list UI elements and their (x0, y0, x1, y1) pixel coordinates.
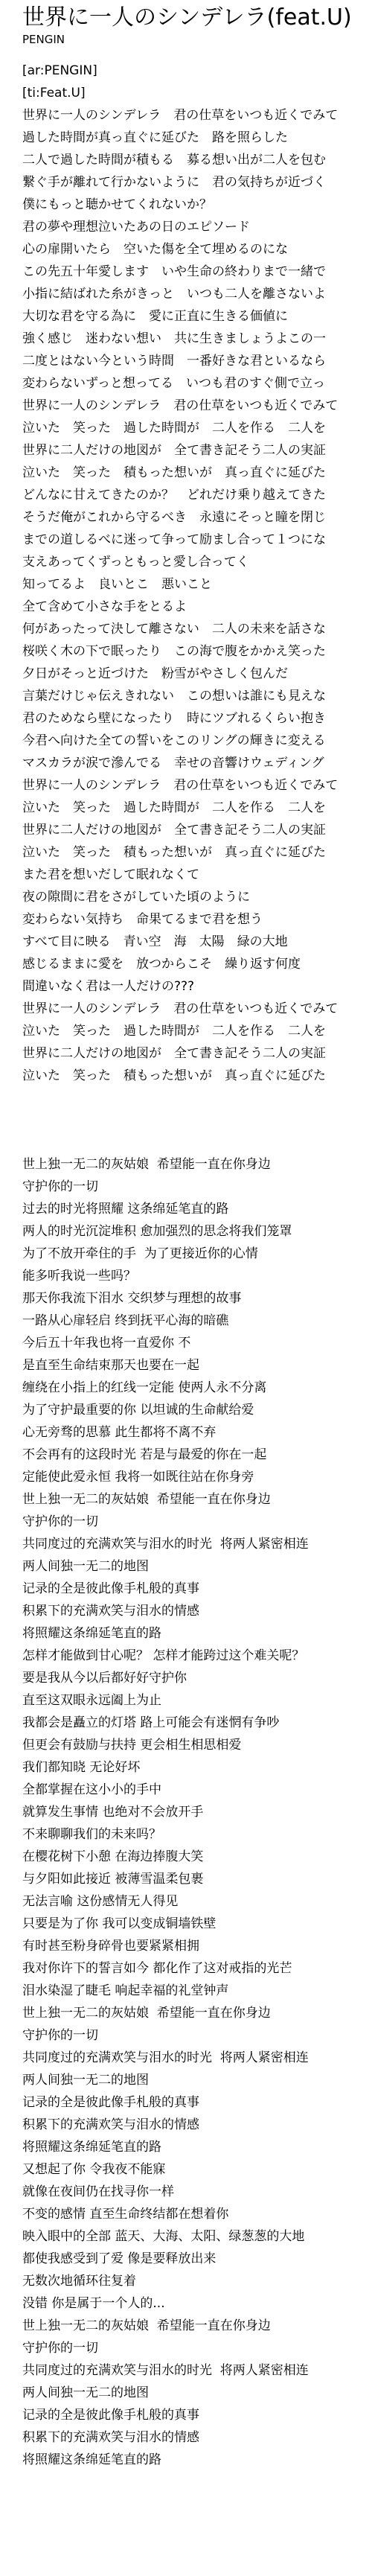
lyric-line-ja: 変わらない気持ち 命果てるまで君を想う (22, 908, 372, 931)
lyric-line-zh: 积累下的充满欢笑与泪水的情感 (22, 2114, 372, 2136)
lyric-line-ja: 小指に結ばれた糸がきっと いつも二人を離さないよ (22, 283, 372, 305)
lyric-line-ja: 世界に一人のシンデレラ 君の仕草をいつも近くでみて (22, 774, 372, 797)
lyric-line-ja: また君を想いだして眠れなくて (22, 864, 372, 886)
lyric-line-ja: 言葉だけじゃ伝えきれない この想いは誰にも見えな (22, 685, 372, 707)
lyric-line-zh: 那天你我流下泪水 交织梦与理想的故事 (22, 1287, 372, 1310)
lyric-line-ja: 今君へ向けた全ての誓いをこのリングの輝きに変える (22, 730, 372, 752)
lyric-line-zh: 将照耀这条绵延笔直的路 (22, 2449, 372, 2471)
lyric-line-ja: この先五十年愛します いや生命の終わりまで一緒で (22, 261, 372, 283)
lyric-line-zh: 世上独一无二的灰姑娘 希望能一直在你身边 (22, 1488, 372, 1511)
lyric-line-ja: 心の扉開いたら 空いた傷を全て埋めるのにな (22, 238, 372, 261)
meta-line: [ti:Feat.U] (22, 82, 372, 104)
lyric-line-zh: 不变的感情 直至生命终结都在想着你 (22, 2203, 372, 2225)
lyric-line-zh: 泪水染湿了睫毛 响起幸福的礼堂钟声 (22, 1980, 372, 2002)
lyric-line-zh: 积累下的充满欢笑与泪水的情感 (22, 2426, 372, 2449)
lyric-line-zh: 无法言喻 这份感情无人得见 (22, 1890, 372, 1913)
lyric-line-ja: 全て含めて小さな手をとるよ (22, 596, 372, 618)
lyric-line-zh: 全都掌握在这小小的手中 (22, 1779, 372, 1801)
lyrics-japanese: 世界に一人のシンデレラ 君の仕草をいつも近くでみて過した時間が真っ直ぐに延びた … (22, 104, 372, 1087)
meta-line: [ar:PENGIN] (22, 60, 372, 82)
lyric-line-ja: 泣いた 笑った 積もった想いが 真っ直ぐに延びた (22, 1065, 372, 1087)
lyric-line-ja: 泣いた 笑った 積もった想いが 真っ直ぐに延びた (22, 841, 372, 864)
artist-name: PENGIN (22, 31, 372, 48)
lyric-line-zh: 将照耀这条绵延笔直的路 (22, 1622, 372, 1645)
lyric-line-zh: 记录的全是彼此像手札般的真事 (22, 2091, 372, 2114)
lyric-line-ja: 泣いた 笑った 過した時間が 二人を作る 二人を (22, 417, 372, 439)
lyric-line-zh: 为了守护最重要的你 以坦诚的生命献给爱 (22, 1399, 372, 1421)
lyric-line-zh: 只要是为了你 我可以变成铜墙铁壁 (22, 1913, 372, 1935)
lyric-line-zh: 但更会有鼓励与扶持 更会相生相思相爱 (22, 1734, 372, 1756)
lyric-line-zh: 两人间独一无二的地图 (22, 1555, 372, 1578)
lyric-line-zh: 记录的全是彼此像手札般的真事 (22, 2404, 372, 2426)
lyric-line-zh: 两人间独一无二的地图 (22, 2069, 372, 2091)
lyric-line-zh: 今后五十年我也将一直爱你 不 (22, 1332, 372, 1354)
lyric-line-zh: 共同度过的充满欢笑与泪水的时光 将两人紧密相连 (22, 2359, 372, 2382)
lyrics-meta: [ar:PENGIN][ti:Feat.U] (22, 60, 372, 104)
lyric-line-zh: 共同度过的充满欢笑与泪水的时光 将两人紧密相连 (22, 2047, 372, 2069)
lyric-line-ja: 変わらないずっと想ってる いつも君のすぐ側で立っ (22, 372, 372, 395)
lyric-line-zh: 记录的全是彼此像手札般的真事 (22, 1578, 372, 1600)
lyric-line-ja: 夕日がそっと近づけた 粉雪がやさしく包んだ (22, 663, 372, 685)
lyric-line-zh: 映入眼中的全部 蓝天、大海、太阳、绿葱葱的大地 (22, 2225, 372, 2248)
page-title: 世界に一人のシンデレラ(feat.U) (22, 4, 372, 31)
lyric-line-zh: 缠绕在小指上的红线一定能 使两人永不分离 (22, 1377, 372, 1399)
lyric-line-zh: 能多听我说一些吗？ (22, 1265, 372, 1287)
lyric-line-ja: 繋ぐ手が離れて行かないように 君の気持ちが近づく (22, 171, 372, 194)
lyric-line-ja: 二度とはない今という時間 一番好きな君といるなら (22, 350, 372, 372)
lyric-line-zh: 两人的时光沉淀堆积 愈加强烈的思念将我们笼罩 (22, 1220, 372, 1243)
lyric-line-ja: 強く感じ 迷わない想い 共に生きましょうよこの一 (22, 328, 372, 350)
lyric-line-zh: 为了不放开牵住的手 为了更接近你的心情 (22, 1243, 372, 1265)
lyric-line-zh: 一路从心扉轻启 终到抚平心海的暗礁 (22, 1310, 372, 1332)
lyric-line-zh: 守护你的一切 (22, 2337, 372, 2359)
lyric-line-zh: 不会再有的这段时光 若是与最爱的你在一起 (22, 1444, 372, 1466)
lyric-line-ja: 大切な君を守る為に 愛に正直に生きる価値に (22, 305, 372, 328)
lyric-line-ja: 支えあってくずっともっと愛し合ってく (22, 551, 372, 573)
lyric-line-zh: 世上独一无二的灰姑娘 希望能一直在你身边 (22, 2002, 372, 2024)
lyric-line-ja: 世界に一人のシンデレラ 君の仕草をいつも近くでみて (22, 104, 372, 127)
lyric-line-ja: 間違いなく君は一人だけの??? (22, 975, 372, 998)
lyric-line-ja: 世界に一人のシンデレラ 君の仕草をいつも近くでみて (22, 395, 372, 417)
lyric-line-zh: 没错 你是属于一个人的... (22, 2292, 372, 2315)
lyric-line-ja: 君のためなら壁になったり 時にツブれるくらい抱き (22, 707, 372, 730)
lyric-line-ja: 感じるままに愛を 放つからこそ 繰り返す何度 (22, 953, 372, 975)
lyric-line-ja: 過した時間が真っ直ぐに延びた 路を照らした (22, 127, 372, 149)
lyric-line-zh: 世上独一无二的灰姑娘 希望能一直在你身边 (22, 1153, 372, 1176)
lyric-line-ja: 泣いた 笑った 積もった想いが 真っ直ぐに延びた (22, 462, 372, 484)
lyric-line-ja: 世界に二人だけの地図が 全て書き記そう二人の実証 (22, 439, 372, 462)
lyric-line-zh: 守护你的一切 (22, 2024, 372, 2047)
lyric-line-ja: 何があったって決して離さない 二人の未来を話さな (22, 618, 372, 640)
lyric-line-ja: 世界に二人だけの地図が 全て書き記そう二人の実証 (22, 1042, 372, 1065)
lyric-line-zh: 不来聊聊我们的未来吗？ (22, 1823, 372, 1846)
lyric-line-zh: 有时甚至粉身碎骨也要紧紧相拥 (22, 1935, 372, 1957)
lyric-line-zh: 守护你的一切 (22, 1511, 372, 1533)
lyric-line-ja: 夜の隙間に君をさがしていた頃のように (22, 886, 372, 908)
lyric-line-zh: 是直至生命结束那天也要在一起 (22, 1354, 372, 1377)
lyric-line-ja: 世界に二人だけの地図が 全て書き記そう二人の実証 (22, 819, 372, 841)
lyric-line-zh: 共同度过的充满欢笑与泪水的时光 将两人紧密相连 (22, 1533, 372, 1555)
lyric-line-ja: 桜咲く木の下で眠ったり この海で腹をかかえ笑った (22, 640, 372, 663)
lyric-line-ja: 泣いた 笑った 過した時間が 二人を作る 二人を (22, 1020, 372, 1042)
lyric-line-zh: 要是我从今以后都好好守护你 (22, 1667, 372, 1689)
lyric-line-zh: 怎样才能做到甘心呢？ 怎样才能跨过这个难关呢？ (22, 1645, 372, 1667)
lyric-line-zh: 我都会是矗立的灯塔 路上可能会有迷惘有争吵 (22, 1712, 372, 1734)
lyric-line-ja: 僕にもっと聴かせてくれないか？ (22, 194, 372, 216)
lyric-line-zh: 心无旁骛的思慕 此生都将不离不弃 (22, 1421, 372, 1444)
lyric-line-zh: 直至这双眼永远阖上为止 (22, 1689, 372, 1712)
lyrics-body: [ar:PENGIN][ti:Feat.U] 世界に一人のシンデレラ 君の仕草を… (22, 60, 372, 2471)
lyric-line-ja: 知ってるよ 良いとこ 悪いこと (22, 573, 372, 596)
lyric-line-zh: 我们都知晓 无论好坏 (22, 1756, 372, 1779)
lyric-line-zh: 无数次地循环往复着 (22, 2270, 372, 2292)
lyric-line-ja: 君の夢や理想泣いたあの日のエピソード (22, 216, 372, 238)
lyric-line-ja: すべて目に映る 青い空 海 太陽 緑の大地 (22, 931, 372, 953)
lyric-line-zh: 都使我感受到了爱 像是要释放出来 (22, 2248, 372, 2270)
lyric-line-zh: 就像在夜间仍在找寻你一样 (22, 2181, 372, 2203)
lyric-line-ja: までの道しるべに迷って争って励まし合って１つにな (22, 529, 372, 551)
lyric-line-zh: 两人间独一无二的地图 (22, 2382, 372, 2404)
lyric-line-zh: 我对你许下的誓言如今 都化作了这对戒指的光芒 (22, 1957, 372, 1980)
lyric-line-zh: 定能使此爱永恒 我将一如既往站在你身旁 (22, 1466, 372, 1488)
lyric-line-ja: 世界に一人のシンデレラ 君の仕草をいつも近くでみて (22, 998, 372, 1020)
lyrics-page: 世界に一人のシンデレラ(feat.U) PENGIN [ar:PENGIN][t… (0, 0, 372, 2471)
lyric-line-zh: 将照耀这条绵延笔直的路 (22, 2136, 372, 2158)
lyric-line-zh: 就算发生事情 也绝对不会放开手 (22, 1801, 372, 1823)
lyric-line-zh: 在樱花树下小憩 在海边捧腹大笑 (22, 1846, 372, 1868)
lyric-line-ja: 二人で過した時間が積もる 募る想い出が二人を包む (22, 149, 372, 171)
lyrics-chinese-translation: 世上独一无二的灰姑娘 希望能一直在你身边守护你的一切过去的时光将照耀 这条绵延笔… (22, 1153, 372, 2471)
lyric-line-zh: 与夕阳如此接近 被薄雪温柔包裹 (22, 1868, 372, 1890)
lyric-line-zh: 过去的时光将照耀 这条绵延笔直的路 (22, 1198, 372, 1220)
lyric-line-zh: 又想起了你 令我夜不能寐 (22, 2158, 372, 2181)
lyric-line-zh: 积累下的充满欢笑与泪水的情感 (22, 1600, 372, 1622)
lyric-line-ja: 泣いた 笑った 過した時間が 二人を作る 二人を (22, 797, 372, 819)
lyric-line-ja: どんなに甘えてきたのか？ どれだけ乗り越えてきた (22, 484, 372, 506)
lyric-line-zh: 世上独一无二的灰姑娘 希望能一直在你身边 (22, 2315, 372, 2337)
lyric-line-zh: 守护你的一切 (22, 1176, 372, 1198)
lyric-line-ja: マスカラが涙で滲んでる 幸せの音響けウェディング (22, 752, 372, 774)
lyric-line-ja: そうだ俺がこれから守るべき 永遠にそっと瞳を閉じ (22, 506, 372, 529)
